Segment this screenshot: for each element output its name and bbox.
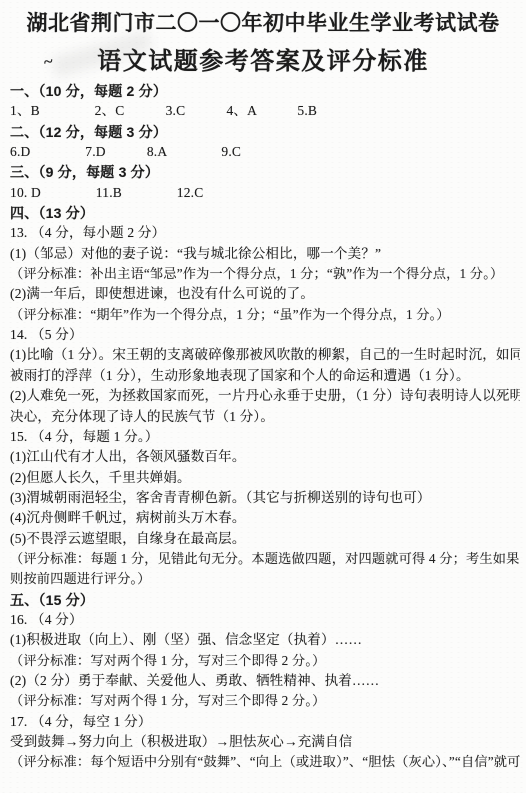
answer-line: 受到鼓舞→努力向上（积极进取）→胆怯灰心→充满自信 bbox=[10, 732, 520, 752]
answer-line: (2)人难免一死，为拯救国家而死，一片丹心永垂于史册，（1 分）诗句表明诗人以死… bbox=[10, 386, 520, 406]
section-heading: 一、（10 分，每题 2 分） bbox=[10, 81, 520, 101]
scoring-criteria-line: 则按前四题进行评分。） bbox=[10, 569, 520, 589]
answer-line: 决心，充分体现了诗人的民族气节（1 分）。 bbox=[10, 407, 520, 427]
answer-line: (1)积极进取（向上）、刚（坚）强、信念坚定（执着）…… bbox=[10, 630, 520, 650]
answer-line: 14. （5 分） bbox=[10, 325, 520, 345]
scoring-criteria-line: （评分标准：写对两个得 1 分，写对三个即得 2 分。） bbox=[10, 691, 520, 711]
answer-line: (4)沉舟侧畔千帆过，病树前头万木春。 bbox=[10, 508, 520, 528]
answer-line: 13. （4 分，每小题 2 分） bbox=[10, 223, 520, 243]
answer-line: 10. D 11.B 12.C bbox=[10, 183, 520, 203]
scoring-criteria-line: （评分标准：每题 1 分，见错此句无分。本题选做四题，对四题就可得 4 分；考生… bbox=[10, 549, 520, 569]
scoring-criteria-line: （评分标准：“期年”作为一个得分点，1 分；“虽”作为一个得分点，1 分。） bbox=[10, 305, 520, 325]
scoring-criteria-line: （评分标准：写对两个得 1 分，写对三个即得 2 分。） bbox=[10, 651, 520, 671]
answer-line: 6.D 7.D 8.A 9.C bbox=[10, 142, 520, 162]
document-subtitle: 语文试题参考答案及评分标准 bbox=[0, 41, 526, 76]
answer-line: (2)（2 分）勇于奉献、关爱他人、勇敢、牺牲精神、执着…… bbox=[10, 671, 520, 691]
answer-line: 15. （4 分，每题 1 分。） bbox=[10, 427, 520, 447]
section-heading: 二、（12 分，每题 3 分） bbox=[10, 122, 520, 142]
answer-line: 1、B 2、C 3.C 4、A 5.B bbox=[10, 101, 520, 121]
answer-line: 17. （4 分，每空 1 分） bbox=[10, 712, 520, 732]
section-heading: 三、（9 分，每题 3 分） bbox=[10, 162, 520, 182]
answer-line: (1)（邹忌）对他的妻子说：“我与城北徐公相比，哪一个美？” bbox=[10, 244, 520, 264]
scanned-answer-key-page: 湖北省荆门市二〇一〇年初中毕业生学业考试试卷 语文试题参考答案及评分标准 ~ 一… bbox=[0, 0, 526, 793]
document-title: 湖北省荆门市二〇一〇年初中毕业生学业考试试卷 bbox=[0, 0, 526, 37]
answer-line: 被雨打的浮萍（1 分），生动形象地表现了国家和个人的命运和遭遇（1 分）。 bbox=[10, 366, 520, 386]
scoring-criteria-line: （评分标准：补出主语“邹忌”作为一个得分点，1 分；“孰”作为一个得分点，1 分… bbox=[10, 264, 520, 284]
answer-line: 16. （4 分） bbox=[10, 610, 520, 630]
answer-line: (2)但愿人长久，千里共婵娟。 bbox=[10, 468, 520, 488]
answer-line: (3)渭城朝雨浥轻尘，客舍青青柳色新。（其它与折柳送别的诗句也可） bbox=[10, 488, 520, 508]
section-heading: 四、（13 分） bbox=[10, 203, 520, 223]
answer-line: (2)满一年后，即使想进谏，也没有什么可说的了。 bbox=[10, 284, 520, 304]
scoring-criteria-line: （评分标准：每个短语中分别有“鼓舞”、“向上（或进取）”、“胆怯（灰心）、”“自… bbox=[10, 752, 520, 772]
answer-lines-container: 一、（10 分，每题 2 分）1、B 2、C 3.C 4、A 5.B二、（12 … bbox=[10, 81, 520, 773]
answer-line: (1)江山代有才人出，各领风骚数百年。 bbox=[10, 447, 520, 467]
answer-line: (5)不畏浮云遮望眼，自缘身在最高层。 bbox=[10, 529, 520, 549]
answer-line: (1)比喻（1 分）。宋王朝的支离破碎像那被风吹散的柳絮，自己的一生时起时沉，如… bbox=[10, 345, 520, 365]
section-heading: 五、（15 分） bbox=[10, 590, 520, 610]
